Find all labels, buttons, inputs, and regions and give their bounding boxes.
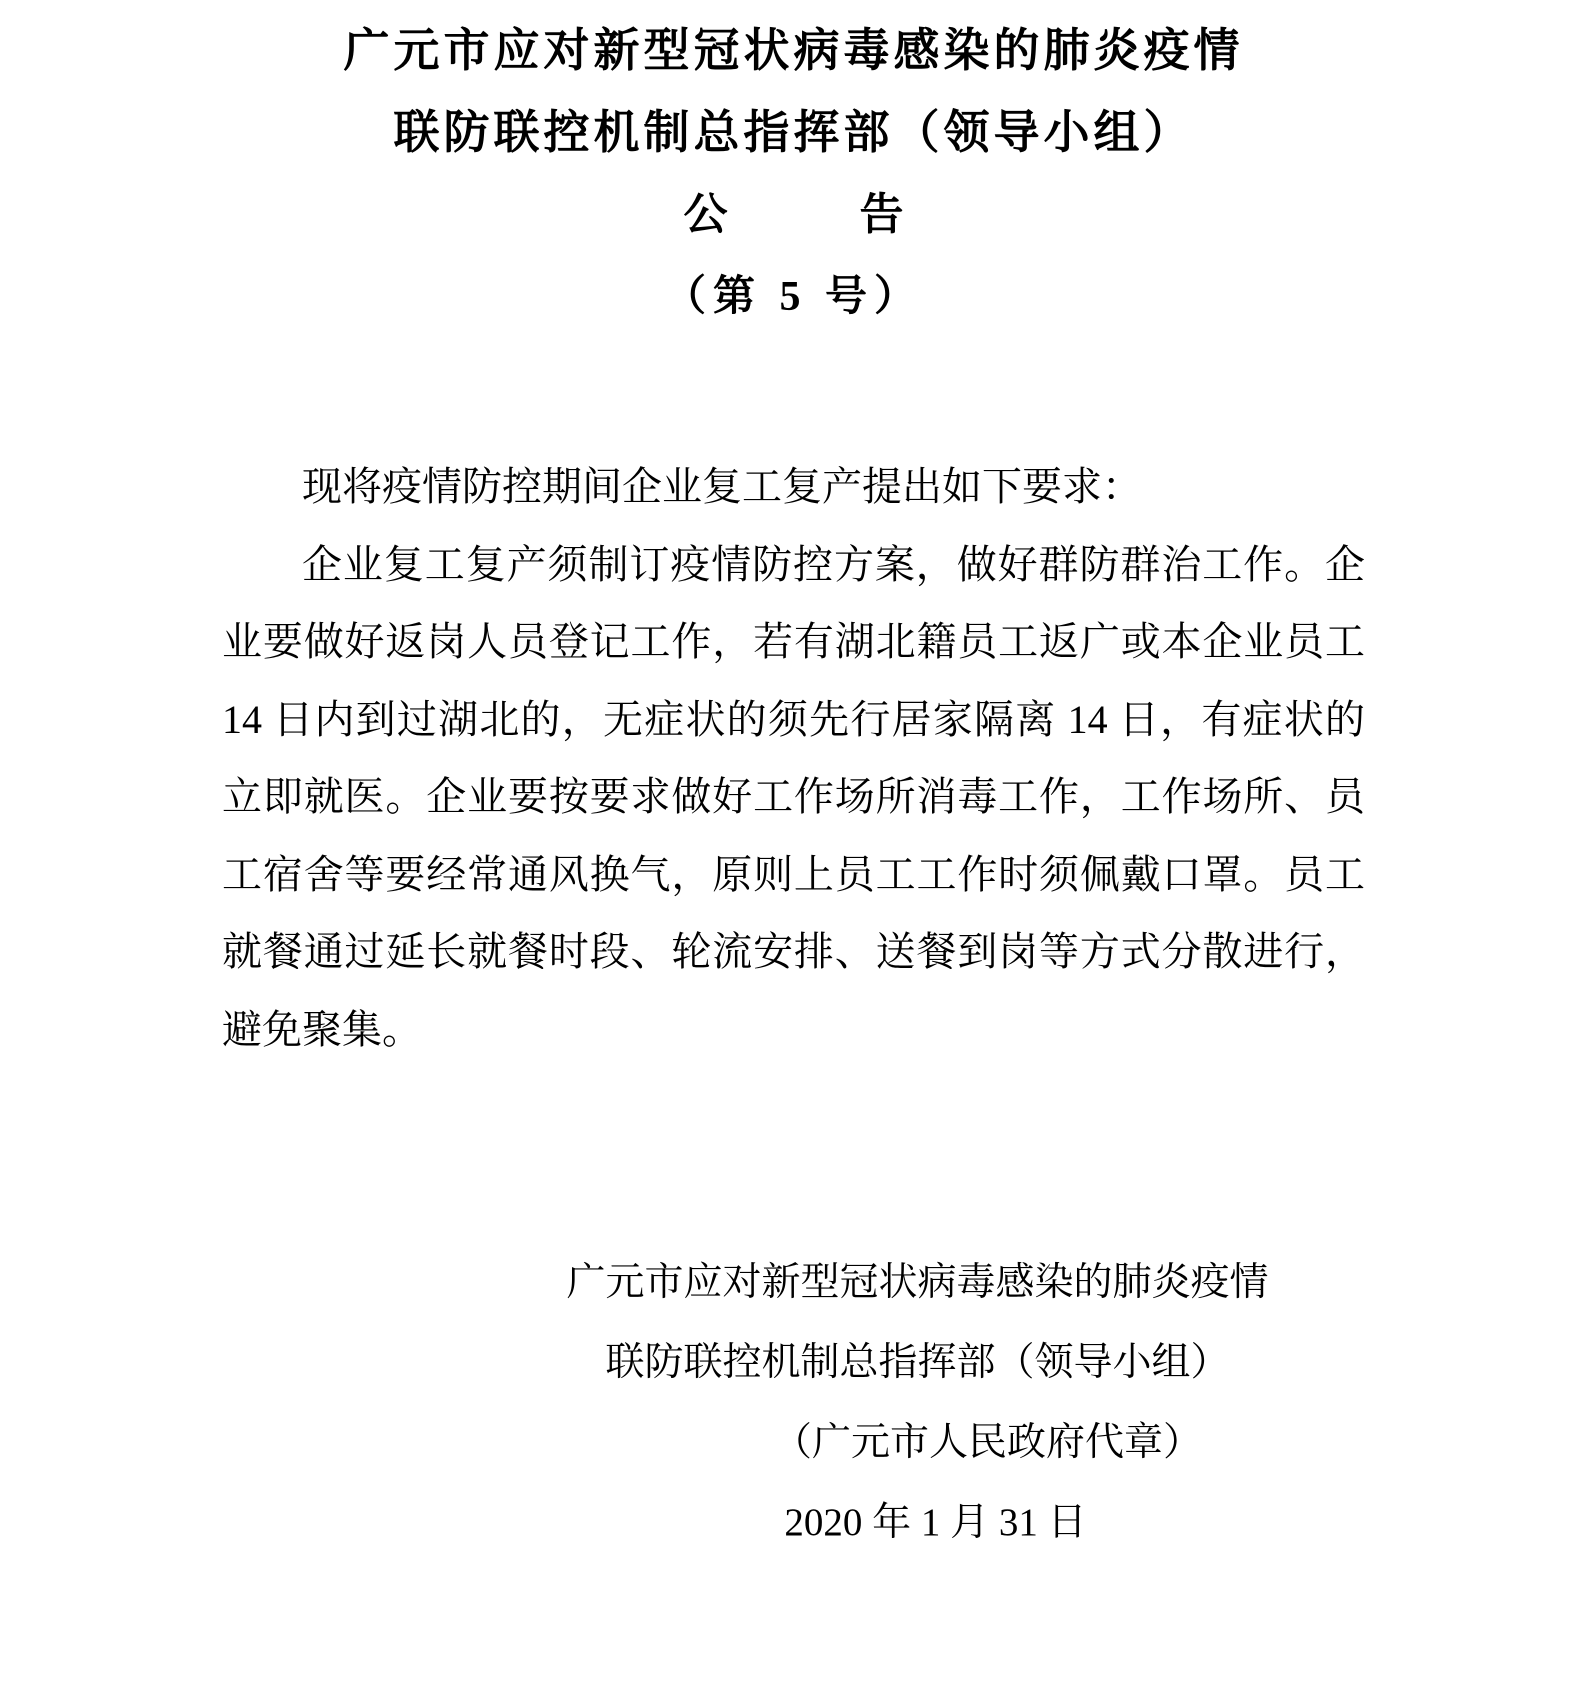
document-body: 现将疫情防控期间企业复工复产提出如下要求： 企业复工复产须制订疫情防控方案，做好…	[222, 448, 1365, 1068]
document-title-line2: 联防联控机制总指挥部（领导小组）	[222, 92, 1365, 174]
body-line-intro: 现将疫情防控期间企业复工复产提出如下要求：	[222, 448, 1365, 526]
document-type-heading: 公 告	[222, 174, 1365, 256]
signature-block: 广元市应对新型冠状病毒感染的肺炎疫情 联防联控机制总指挥部（领导小组） （广元市…	[222, 1243, 1365, 1563]
body-line: 业要做好返岗人员登记工作，若有湖北籍员工返广或本企业员工	[222, 603, 1365, 681]
signature-seal-note: （广元市人民政府代章）	[416, 1403, 1559, 1483]
signature-org-line1: 广元市应对新型冠状病毒感染的肺炎疫情	[346, 1243, 1489, 1323]
document-page: 广元市应对新型冠状病毒感染的肺炎疫情 联防联控机制总指挥部（领导小组） 公 告 …	[0, 0, 1587, 1686]
body-line: 立即就医。企业要按要求做好工作场所消毒工作，工作场所、员	[222, 758, 1365, 836]
document-title-line1: 广元市应对新型冠状病毒感染的肺炎疫情	[222, 10, 1365, 92]
body-line: 就餐通过延长就餐时段、轮流安排、送餐到岗等方式分散进行，	[222, 913, 1365, 991]
body-line: 14 日内到过湖北的，无症状的须先行居家隔离 14 日，有症状的	[222, 681, 1365, 759]
signature-date: 2020 年 1 月 31 日	[364, 1483, 1507, 1563]
body-line-last: 避免聚集。	[222, 991, 1365, 1069]
body-line: 企业复工复产须制订疫情防控方案，做好群防群治工作。企	[222, 526, 1365, 604]
signature-org-line2: 联防联控机制总指挥部（领导小组）	[346, 1323, 1489, 1403]
body-line: 工宿舍等要经常通风换气，原则上员工工作时须佩戴口罩。员工	[222, 836, 1365, 914]
document-header: 广元市应对新型冠状病毒感染的肺炎疫情 联防联控机制总指挥部（领导小组） 公 告 …	[222, 10, 1365, 338]
document-number: （第 5 号）	[222, 256, 1365, 338]
